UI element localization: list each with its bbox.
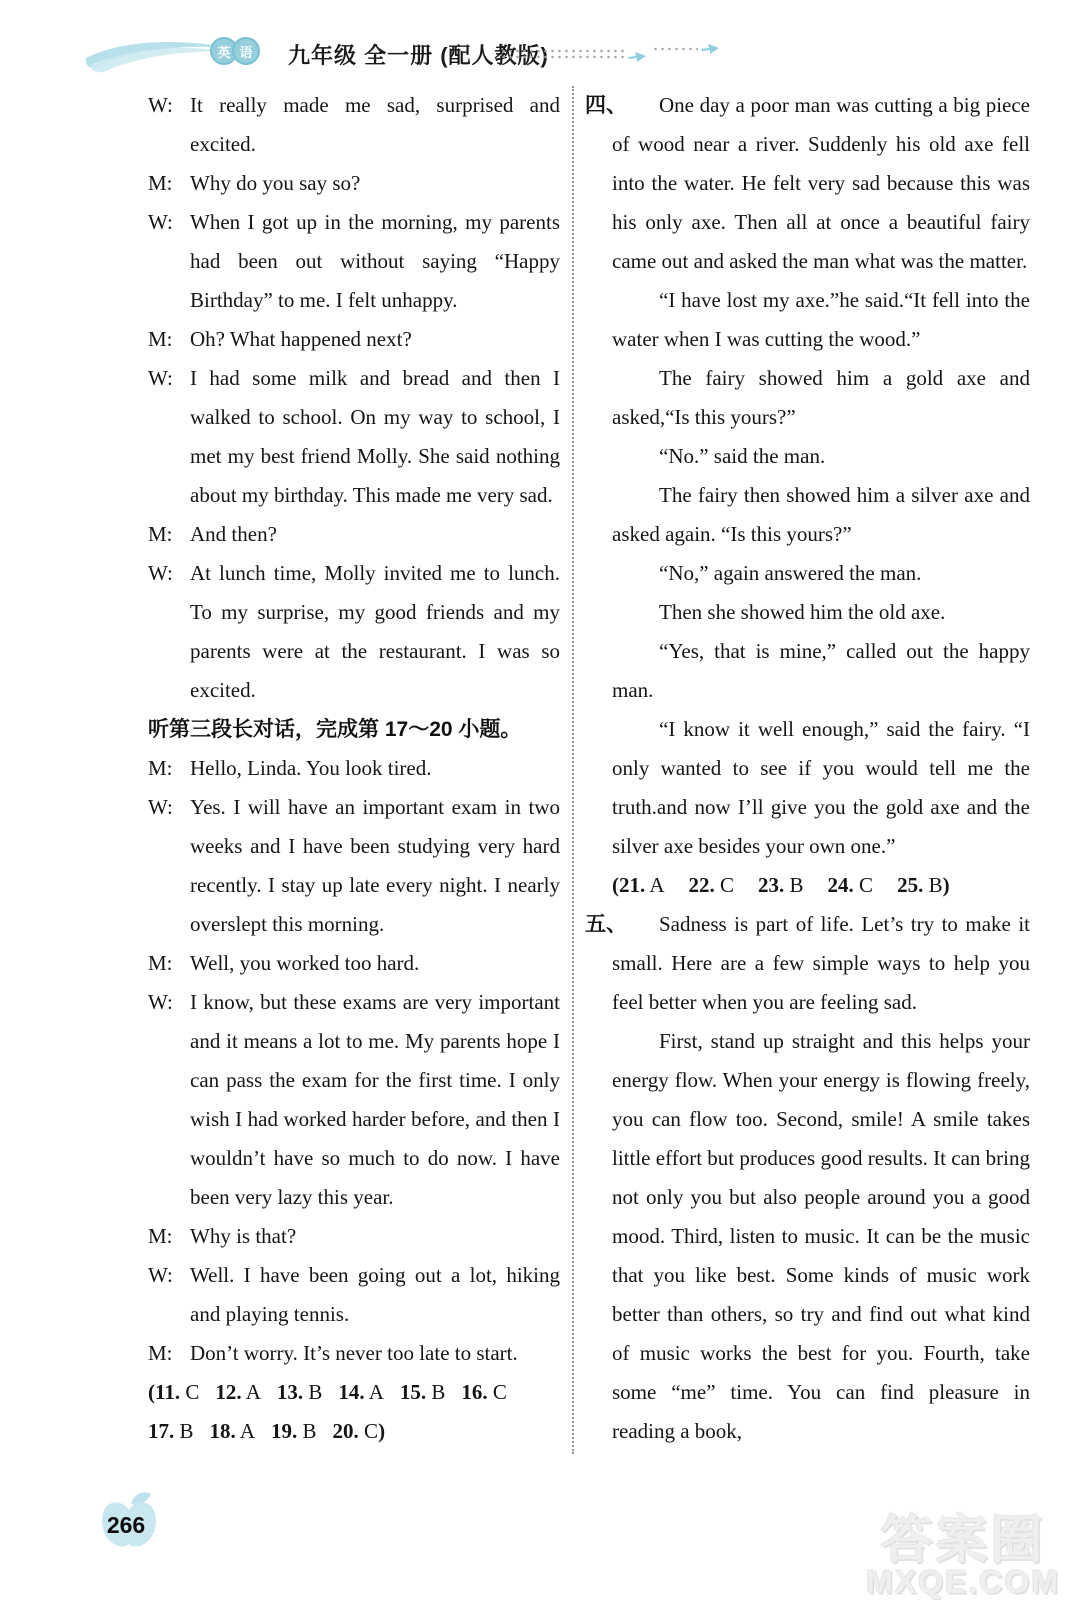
answer-item: 15. B <box>400 1373 446 1412</box>
dialogue-text: At lunch time, Molly invited me to lunch… <box>190 561 560 702</box>
page-header: 英 语 九年级 全一册 (配人教版) <box>0 28 1066 84</box>
paragraph: “I have lost my axe.”he said.“It fell in… <box>612 281 1030 359</box>
paragraph: One day a poor man was cutting a big pie… <box>612 86 1030 281</box>
section-four-marker: 四、 <box>585 86 627 125</box>
paragraph: Sadness is part of life. Let’s try to ma… <box>612 905 1030 1022</box>
dialogue-text: Well. I have been going out a lot, hikin… <box>190 1263 560 1326</box>
answer-item: 19. B <box>271 1412 317 1451</box>
right-column: 四、 One day a poor man was cutting a big … <box>585 86 1030 1451</box>
answer-item: 11. C <box>155 1373 199 1412</box>
textbook-page: 英 语 九年级 全一册 (配人教版) W:It really made me s… <box>0 0 1066 1600</box>
answer-item: 23. B <box>758 866 804 905</box>
speaker-label: W: <box>148 86 190 125</box>
dialogue-text: Don’t worry. It’s never too late to star… <box>190 1341 518 1365</box>
answer-item: 24. C <box>828 866 874 905</box>
answer-item: 18. A <box>210 1412 256 1451</box>
paragraph: “I know it well enough,” said the fairy.… <box>612 710 1030 866</box>
speaker-label: W: <box>148 554 190 593</box>
dialogue-text: Why do you say so? <box>190 171 360 195</box>
speaker-label: W: <box>148 1256 190 1295</box>
speaker-label: M: <box>148 1334 190 1373</box>
dialogue-text: It really made me sad, surprised and exc… <box>190 93 560 156</box>
dialogue-line: M:Oh? What happened next? <box>148 320 560 359</box>
watermark-text-url: MXQE.COM <box>866 1566 1060 1600</box>
subject-badge: 英 语 <box>210 37 260 65</box>
left-column: W:It really made me sad, surprised and e… <box>148 86 560 1451</box>
dialogue-line: M:Well, you worked too hard. <box>148 944 560 983</box>
answer-item: 16. C <box>461 1373 507 1412</box>
paragraph: “Yes, that is mine,” called out the happ… <box>612 632 1030 710</box>
dialogue-line: W:Well. I have been going out a lot, hik… <box>148 1256 560 1334</box>
dialogue-text: Oh? What happened next? <box>190 327 412 351</box>
listening-section-heading: 听第三段长对话，完成第 17～20 小题。 <box>148 710 560 749</box>
arrow-icon <box>627 48 647 69</box>
speaker-label: M: <box>148 1217 190 1256</box>
paragraph: “No.” said the man. <box>612 437 1030 476</box>
dialogue-line: W:I had some milk and bread and then I w… <box>148 359 560 515</box>
answers-open-paren: ( <box>612 873 619 897</box>
dialogue-text: Hello, Linda. You look tired. <box>190 756 432 780</box>
section-four-body: One day a poor man was cutting a big pie… <box>612 86 1030 866</box>
watermark: 答案圈 MXQE.COM <box>866 1514 1060 1600</box>
section-five-body: Sadness is part of life. Let’s try to ma… <box>612 905 1030 1451</box>
dialogue-text: When I got up in the morning, my parents… <box>190 210 560 312</box>
arrow-icon <box>700 40 720 61</box>
answer-item: 14. A <box>338 1373 384 1412</box>
answer-item: 13. B <box>277 1373 323 1412</box>
paragraph: The fairy showed him a gold axe and aske… <box>612 359 1030 437</box>
dialogue-text: Why is that? <box>190 1224 296 1248</box>
answer-item: 20. C) <box>333 1412 386 1451</box>
answer-item: 17. B <box>148 1412 194 1451</box>
speaker-label: W: <box>148 983 190 1022</box>
speaker-label: M: <box>148 749 190 788</box>
speaker-label: W: <box>148 788 190 827</box>
dialogue-text: Yes. I will have an important exam in tw… <box>190 795 560 936</box>
dotted-line-decoration <box>652 46 698 52</box>
column-divider <box>572 86 574 1454</box>
page-number: 266 <box>96 1512 156 1539</box>
speaker-label: M: <box>148 515 190 554</box>
dialogue-line: M:And then? <box>148 515 560 554</box>
speaker-label: M: <box>148 944 190 983</box>
dialogue-text: And then? <box>190 522 277 546</box>
dialogue-text: I know, but these exams are very importa… <box>190 990 560 1209</box>
dialogue-line: M:Why do you say so? <box>148 164 560 203</box>
dialogue-line: W:It really made me sad, surprised and e… <box>148 86 560 164</box>
dotted-line-decoration <box>500 48 624 60</box>
answer-item: 22. C <box>689 866 735 905</box>
dialogue-line: W:When I got up in the morning, my paren… <box>148 203 560 320</box>
dialogue-text: I had some milk and bread and then I wal… <box>190 366 560 507</box>
paragraph: “No,” again answered the man. <box>612 554 1030 593</box>
paragraph: First, stand up straight and this helps … <box>612 1022 1030 1451</box>
answer-item: 12. A <box>215 1373 261 1412</box>
watermark-text-cn: 答案圈 <box>866 1514 1060 1569</box>
speaker-label: M: <box>148 320 190 359</box>
paragraph: The fairy then showed him a silver axe a… <box>612 476 1030 554</box>
page-number-badge: 266 <box>96 1488 162 1554</box>
section-four: 四、 One day a poor man was cutting a big … <box>585 86 1030 905</box>
dialogue-line: M:Don’t worry. It’s never too late to st… <box>148 1334 560 1373</box>
answers-close-paren: ) <box>378 1419 385 1443</box>
answer-item: 25. B) <box>897 866 950 905</box>
dialogue-line: W:Yes. I will have an important exam in … <box>148 788 560 944</box>
section-five-marker: 五、 <box>585 905 627 944</box>
answers-open-paren: ( <box>148 1380 155 1404</box>
answer-key-11-20: (11. C12. A13. B14. A15. B16. C17. B18. … <box>148 1373 560 1451</box>
dialogue-line: W:At lunch time, Molly invited me to lun… <box>148 554 560 710</box>
dialogue-line: M:Why is that? <box>148 1217 560 1256</box>
dialogue-text: Well, you worked too hard. <box>190 951 419 975</box>
answers-close-paren: ) <box>943 873 950 897</box>
listening-dialogue-2: W:It really made me sad, surprised and e… <box>148 86 560 710</box>
dialogue-line: M:Hello, Linda. You look tired. <box>148 749 560 788</box>
speaker-label: W: <box>148 203 190 242</box>
answer-item: 21. A <box>619 866 665 905</box>
listening-dialogue-3: M:Hello, Linda. You look tired.W:Yes. I … <box>148 749 560 1373</box>
speaker-label: M: <box>148 164 190 203</box>
dialogue-line: W:I know, but these exams are very impor… <box>148 983 560 1217</box>
answer-key-21-25: (21. A22. C23. B24. C25. B) <box>612 866 1030 905</box>
subject-badge-char-icon: 语 <box>232 37 260 65</box>
speaker-label: W: <box>148 359 190 398</box>
section-five: 五、 Sadness is part of life. Let’s try to… <box>585 905 1030 1451</box>
paragraph: Then she showed him the old axe. <box>612 593 1030 632</box>
